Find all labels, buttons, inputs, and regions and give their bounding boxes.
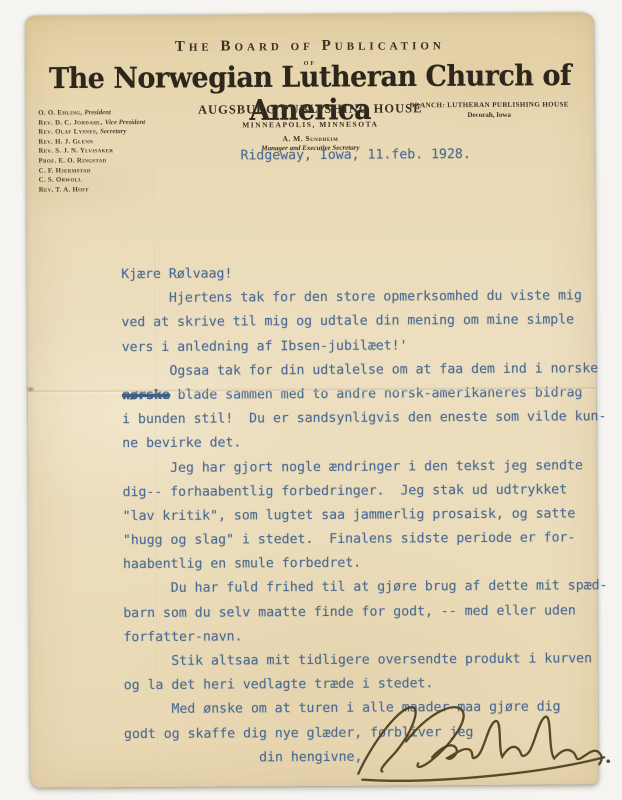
typed-line: haabentlig en smule forbedret.	[123, 550, 607, 577]
typed-line: "lav kritik", som lugtet saa jammerlig p…	[123, 502, 607, 529]
typed-line: dig-- forhaabentlig forbedringer. Jeg st…	[122, 478, 606, 505]
typed-line-with-strikeout: nørske blade sammen med to andre norsk-a…	[122, 381, 606, 408]
signature-autograph	[352, 694, 615, 786]
letter-scan-paper: The Board of Publication of The Norwegia…	[26, 12, 599, 787]
typed-line: Du har fuld frihed til at gjøre brug af …	[123, 575, 607, 602]
typed-line: "hugg og slag" i stedet. Finalens sidste…	[123, 526, 607, 553]
branch-label: BRANCH: LUTHERAN PUBLISHING HOUSE	[400, 100, 578, 109]
publisher-city: MINNEAPOLIS, MINNESOTA	[176, 119, 444, 130]
typed-line: ne bevirke det.	[122, 430, 606, 457]
typed-line: i bunden stil! Du er sandsynligvis den e…	[122, 405, 606, 432]
typed-line: Stik altsaa mit tidligere oversendte pro…	[124, 647, 608, 674]
manager-name: A. M. Sundheim	[176, 133, 444, 144]
branch-city: Decorah, Iowa	[400, 110, 578, 119]
typed-line: Jeg har gjort nogle ændringer i den teks…	[122, 454, 606, 481]
fold-crease-notch	[27, 385, 39, 394]
typed-line: barn som du selv maatte finde for godt, …	[123, 599, 607, 626]
dateline: Ridgeway, Iowa, 11.feb. 1928.	[240, 147, 470, 163]
typed-line-rest: blade sammen med to andre norsk-amerikan…	[170, 385, 583, 403]
officer-listing: Rev. D. C. Jordahl, Vice President	[38, 118, 145, 128]
typed-line: forfatter-navn.	[123, 623, 607, 650]
salutation: Kjære Rølvaag!	[121, 260, 605, 287]
typed-line: vers i anledning af Ibsen-jubilæet!'	[122, 333, 606, 360]
struck-out-word: nørske	[122, 388, 170, 403]
officer-listing: Rev. T. A. Hoff	[39, 185, 146, 195]
typed-line: Hjertens tak for den store opmerksomhed …	[121, 284, 605, 311]
branch-block: BRANCH: LUTHERAN PUBLISHING HOUSE Decora…	[400, 100, 578, 119]
board-title: The Board of Publication	[26, 36, 594, 56]
typed-line: ved at skrive til mig og udtale din meni…	[121, 309, 605, 336]
officers-list: O. O. Ehling, President Rev. D. C. Jorda…	[38, 108, 145, 195]
typed-line: Ogsaa tak for din udtalelse om at faa de…	[122, 357, 606, 384]
